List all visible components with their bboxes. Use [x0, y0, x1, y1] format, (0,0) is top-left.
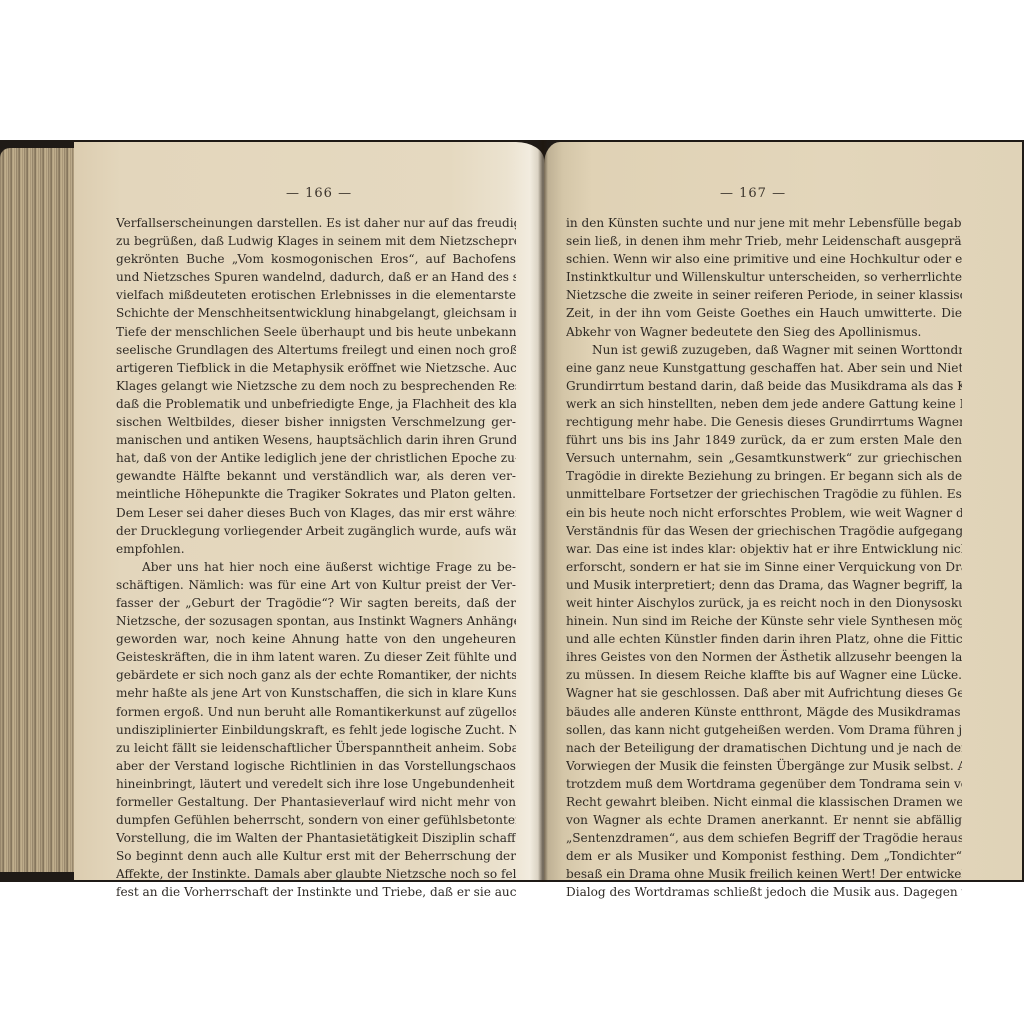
- text-line: formen ergoß. Und nun beruht alle Romant…: [116, 703, 516, 721]
- page-number-right: — 167 —: [720, 186, 786, 201]
- text-line: Affekte, der Instinkte. Damals aber glau…: [116, 865, 516, 883]
- text-line: So beginnt denn auch alle Kultur erst mi…: [116, 847, 516, 865]
- text-line: meintliche Höhepunkte die Tragiker Sokra…: [116, 485, 516, 503]
- text-line: schien. Wenn wir also eine primitive und…: [566, 250, 962, 268]
- text-line: fest an die Vorherrschaft der Instinkte …: [116, 883, 516, 901]
- text-line: mehr haßte als jene Art von Kunstschaffe…: [116, 684, 516, 702]
- text-line: hat, daß von der Antike lediglich jene d…: [116, 449, 516, 467]
- text-line: aber der Verstand logische Richtlinien i…: [116, 757, 516, 775]
- text-line: der Drucklegung vorliegender Arbeit zugä…: [116, 522, 516, 540]
- text-line: schäftigen. Nämlich: was für eine Art vo…: [116, 576, 516, 594]
- text-line: Verständnis für das Wesen der griechisch…: [566, 522, 962, 540]
- text-line: Wagner hat sie geschlossen. Daß aber mit…: [566, 684, 962, 702]
- text-line: Recht gewahrt bleiben. Nicht einmal die …: [566, 793, 962, 811]
- text-line: sein ließ, in denen ihm mehr Trieb, mehr…: [566, 232, 962, 250]
- text-line: gebärdete er sich noch ganz als der echt…: [116, 666, 516, 684]
- text-line: war. Das eine ist indes klar: objektiv h…: [566, 540, 962, 558]
- text-line: Versuch unternahm, sein „Gesamtkunstwerk…: [566, 449, 962, 467]
- text-line: Vorwiegen der Musik die feinsten Übergän…: [566, 757, 962, 775]
- text-line: Zeit, in der ihn vom Geiste Goethes ein …: [566, 304, 962, 322]
- text-line: empfohlen.: [116, 540, 516, 558]
- text-line: dem er als Musiker und Komponist festhin…: [566, 847, 962, 865]
- text-line: sischen Weltbildes, dieser bisher innigs…: [116, 413, 516, 431]
- text-line: Grundirrtum bestand darin, daß beide das…: [566, 377, 962, 395]
- text-line: zu leicht fällt sie leidenschaftlicher Ü…: [116, 739, 516, 757]
- text-line: bäudes alle anderen Künste entthront, Mä…: [566, 703, 962, 721]
- left-page: — 166 — Verfallserscheinungen darstellen…: [74, 142, 544, 880]
- text-line: rechtigung mehr habe. Die Genesis dieses…: [566, 413, 962, 431]
- book-spine-gutter: [538, 140, 548, 882]
- text-line: geworden war, noch keine Ahnung hatte vo…: [116, 630, 516, 648]
- text-line: Nun ist gewiß zuzugeben, daß Wagner mit …: [566, 341, 962, 359]
- text-line: ein bis heute noch nicht erforschtes Pro…: [566, 504, 962, 522]
- text-line: formeller Gestaltung. Der Phantasieverla…: [116, 793, 516, 811]
- left-page-text: Verfallserscheinungen darstellen. Es ist…: [116, 214, 516, 902]
- text-line: gekrönten Buche „Vom kosmogonischen Eros…: [116, 250, 516, 268]
- text-line: „Sentenzdramen“, aus dem schiefen Begrif…: [566, 829, 962, 847]
- text-line: in den Künsten suchte und nur jene mit m…: [566, 214, 962, 232]
- text-line: Geisteskräften, die in ihm latent waren.…: [116, 648, 516, 666]
- text-line: und alle echten Künstler finden darin ih…: [566, 630, 962, 648]
- text-line: vielfach mißdeuteten erotischen Erlebnis…: [116, 286, 516, 304]
- right-page-text: in den Künsten suchte und nur jene mit m…: [566, 214, 962, 902]
- text-line: Tiefe der menschlichen Seele überhaupt u…: [116, 323, 516, 341]
- text-line: fasser der „Geburt der Tragödie“? Wir sa…: [116, 594, 516, 612]
- text-line: artigeren Tiefblick in die Metaphysik er…: [116, 359, 516, 377]
- text-line: Instinktkultur und Willenskultur untersc…: [566, 268, 962, 286]
- text-line: Dem Leser sei daher dieses Buch von Klag…: [116, 504, 516, 522]
- text-line: Aber uns hat hier noch eine äußerst wich…: [116, 558, 516, 576]
- text-line: Abkehr von Wagner bedeutete den Sieg des…: [566, 323, 962, 341]
- text-line: Vorstellung, die im Walten der Phantasie…: [116, 829, 516, 847]
- text-line: dumpfen Gefühlen beherrscht, sondern von…: [116, 811, 516, 829]
- text-line: ihres Geistes von den Normen der Ästheti…: [566, 648, 962, 666]
- text-line: besaß ein Drama ohne Musik freilich kein…: [566, 865, 962, 883]
- text-line: gewandte Hälfte bekannt und verständlich…: [116, 467, 516, 485]
- text-line: undisziplinierter Einbildungskraft, es f…: [116, 721, 516, 739]
- text-line: manischen und antiken Wesens, hauptsächl…: [116, 431, 516, 449]
- text-line: eine ganz neue Kunstgattung geschaffen h…: [566, 359, 962, 377]
- open-book: — 166 — Verfallserscheinungen darstellen…: [0, 140, 1024, 882]
- text-line: sollen, das kann nicht gutgeheißen werde…: [566, 721, 962, 739]
- text-line: und Nietzsches Spuren wandelnd, dadurch,…: [116, 268, 516, 286]
- page-block-edge: [0, 148, 76, 872]
- text-line: trotzdem muß dem Wortdrama gegenüber dem…: [566, 775, 962, 793]
- text-line: Dialog des Wortdramas schließt jedoch di…: [566, 883, 962, 901]
- text-line: Verfallserscheinungen darstellen. Es ist…: [116, 214, 516, 232]
- text-line: zu müssen. In diesem Reiche klaffte bis …: [566, 666, 962, 684]
- text-line: hinein. Nun sind im Reiche der Künste se…: [566, 612, 962, 630]
- text-line: weit hinter Aischylos zurück, ja es reic…: [566, 594, 962, 612]
- page-number-left: — 166 —: [286, 186, 352, 201]
- text-line: unmittelbare Fortsetzer der griechischen…: [566, 485, 962, 503]
- text-line: führt uns bis ins Jahr 1849 zurück, da e…: [566, 431, 962, 449]
- text-line: zu begrüßen, daß Ludwig Klages in seinem…: [116, 232, 516, 250]
- text-line: Schichte der Menschheitsentwicklung hina…: [116, 304, 516, 322]
- right-page: — 167 — in den Künsten suchte und nur je…: [544, 142, 1022, 880]
- text-line: Nietzsche, der sozusagen spontan, aus In…: [116, 612, 516, 630]
- text-line: von Wagner als echte Dramen anerkannt. E…: [566, 811, 962, 829]
- text-line: daß die Problematik und unbefriedigte En…: [116, 395, 516, 413]
- text-line: und Musik interpretiert; denn das Drama,…: [566, 576, 962, 594]
- text-line: Tragödie in direkte Beziehung zu bringen…: [566, 467, 962, 485]
- text-line: nach der Beteiligung der dramatischen Di…: [566, 739, 962, 757]
- text-line: seelische Grundlagen des Altertums freil…: [116, 341, 516, 359]
- text-line: hineinbringt, läutert und veredelt sich …: [116, 775, 516, 793]
- text-line: Nietzsche die zweite in seiner reiferen …: [566, 286, 962, 304]
- text-line: erforscht, sondern er hat sie im Sinne e…: [566, 558, 962, 576]
- text-line: werk an sich hinstellten, neben dem jede…: [566, 395, 962, 413]
- text-line: Klages gelangt wie Nietzsche zu dem noch…: [116, 377, 516, 395]
